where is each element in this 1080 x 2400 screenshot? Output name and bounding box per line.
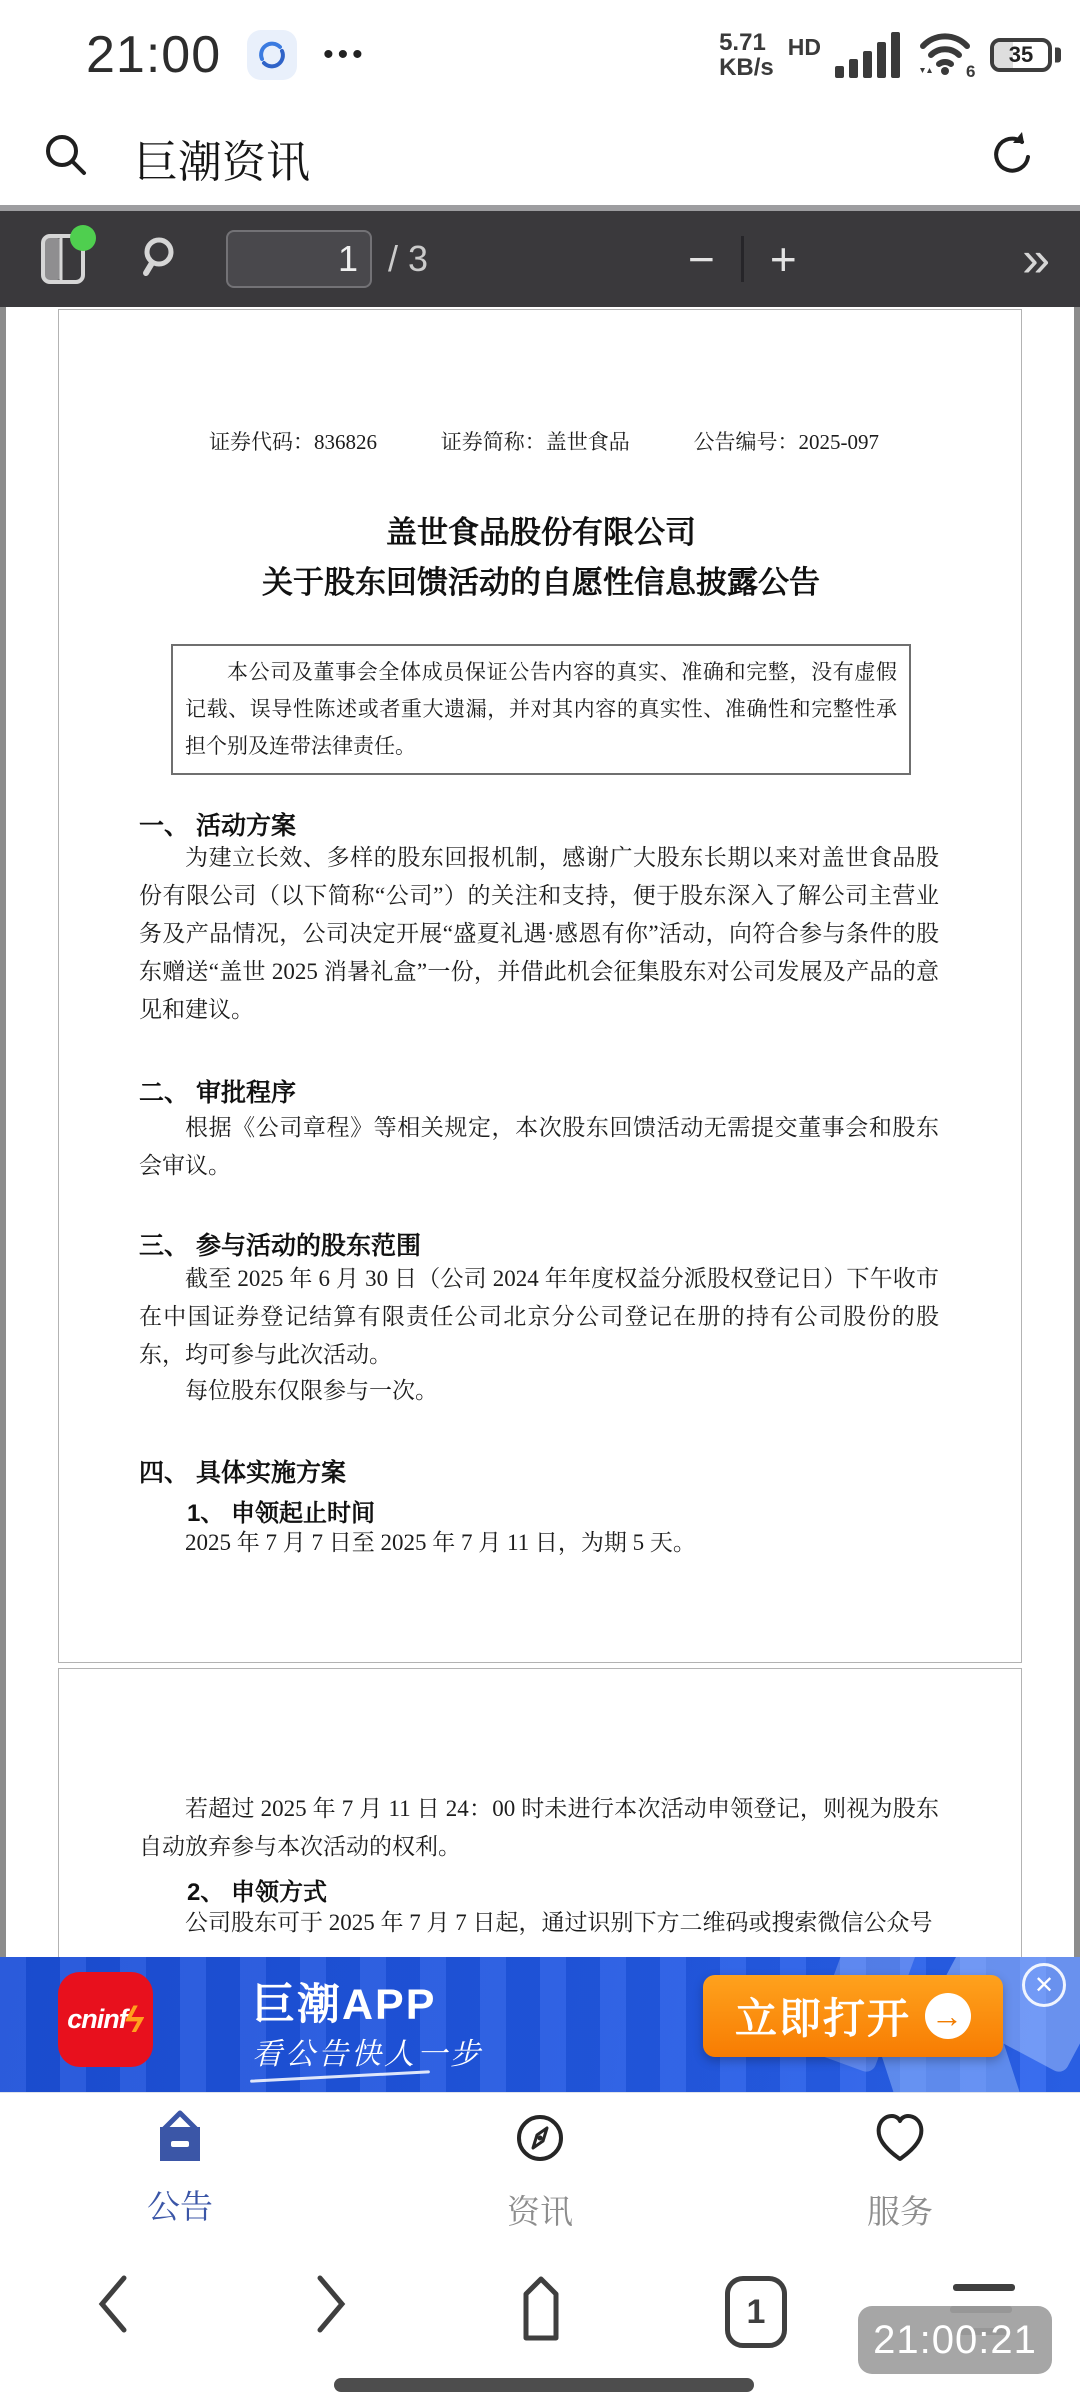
tab-services-label: 服务 (867, 2186, 933, 2233)
network-speed: 5.71 KB/s (719, 30, 774, 80)
section4-sub1-heading: 1、 申领起止时间 (139, 1493, 939, 1528)
cninfo-logo: cninf ϟ (58, 1972, 153, 2067)
pdf-toolbar: / 3 − + » (0, 205, 1080, 307)
status-bar: 21:00 ••• 5.71 KB/s HD (0, 0, 1080, 110)
signal-strength-icon (835, 32, 900, 78)
network-speed-unit: KB/s (719, 55, 774, 80)
cninfo-logo-swirl-icon: ϟ (125, 1999, 144, 2041)
network-speed-value: 5.71 (719, 30, 774, 55)
announcement-icon (151, 2109, 209, 2167)
announcement-no: 公告编号：2025-097 (694, 426, 880, 456)
compass-icon (511, 2109, 569, 2172)
app-promo-banner[interactable]: cninf ϟ 巨潮APP 看公告快人一步 立即打开 → ✕ (0, 1957, 1080, 2092)
sidebar-badge-dot (70, 225, 96, 251)
section4-heading: 四、 具体实施方案 (139, 1453, 939, 1489)
refresh-icon[interactable] (986, 128, 1040, 187)
page2-para1: 若超过 2025 年 7 月 11 日 24：00 时未进行本次活动申领登记，则… (139, 1790, 939, 1866)
phone-screen: 21:00 ••• 5.71 KB/s HD (0, 0, 1080, 2400)
disclaimer-box: 本公司及董事会全体成员保证公告内容的真实、准确和完整，没有虚假记载、误导性陈述或… (171, 644, 911, 775)
banner-close-icon[interactable]: ✕ (1022, 1963, 1066, 2007)
page2-para2: 公司股东可于 2025 年 7 月 7 日起，通过识别下方二维码或搜索微信公众号 (139, 1904, 939, 1942)
section3-heading: 三、 参与活动的股东范围 (139, 1226, 939, 1262)
browser-address-bar: 巨潮资讯 (0, 110, 1080, 205)
page-title[interactable]: 巨潮资讯 (134, 126, 986, 190)
home-icon[interactable] (512, 2272, 570, 2349)
section2-heading: 二、 审批程序 (139, 1073, 939, 1109)
app-bottom-nav: 公告 资讯 服务 (0, 2092, 1080, 2240)
open-app-button-label: 立即打开 (735, 1986, 911, 2046)
battery-level: 35 (1009, 42, 1033, 68)
status-time: 21:00 (86, 25, 221, 85)
promo-slogan: 看公告快人一步 (252, 2029, 483, 2073)
stock-code: 证券代码：836826 (209, 426, 377, 456)
section3-body2: 每位股东仅限参与一次。 (139, 1372, 939, 1410)
stock-name: 证券简称：盖世食品 (441, 426, 630, 456)
tab-news-label: 资讯 (507, 2186, 573, 2233)
tab-services[interactable]: 服务 (720, 2093, 1080, 2240)
section2-body: 根据《公司章程》等相关规定，本次股东回馈活动无需提交董事会和股东会审议。 (139, 1109, 939, 1185)
section1-heading: 一、 活动方案 (139, 806, 939, 842)
promo-app-name: 巨潮APP (252, 1971, 436, 2032)
cninfo-logo-text: cninf (67, 2004, 127, 2035)
company-title: 盖世食品股份有限公司 (59, 507, 1023, 552)
doc-header-row: 证券代码：836826 证券简称：盖世食品 公告编号：2025-097 (209, 426, 879, 456)
recent-tabs-button[interactable]: 1 (725, 2276, 787, 2348)
system-nav-bar: 1 21:00:21 (0, 2240, 1080, 2400)
pdf-page-1: 证券代码：836826 证券简称：盖世食品 公告编号：2025-097 盖世食品… (58, 309, 1022, 1663)
search-icon[interactable] (40, 129, 92, 186)
tab-news[interactable]: 资讯 (360, 2093, 720, 2240)
zoom-out-button[interactable]: − (688, 236, 715, 282)
section1-body: 为建立长效、多样的股东回报机制，感谢广大股东长期以来对盖世食品股份有限公司（以下… (139, 839, 939, 1029)
viewport-right-edge (1074, 307, 1080, 2092)
wifi-icon: 6 (914, 28, 976, 83)
section3-body1: 截至 2025 年 6 月 30 日（公司 2024 年年度权益分派股权登记日）… (139, 1260, 939, 1374)
forward-icon[interactable] (312, 2272, 352, 2341)
app-logo-icon (247, 30, 297, 80)
viewport-left-edge (0, 307, 6, 2092)
svg-text:6: 6 (966, 62, 975, 78)
pdf-viewport[interactable]: 证券代码：836826 证券简称：盖世食品 公告编号：2025-097 盖世食品… (0, 307, 1080, 2092)
doc-title: 关于股东回馈活动的自愿性信息披露公告 (59, 557, 1023, 602)
back-icon[interactable] (92, 2272, 132, 2341)
pdf-search-icon[interactable] (138, 233, 186, 286)
page2-sub2-heading: 2、 申领方式 (139, 1872, 939, 1907)
hd-indicator: HD (788, 34, 821, 61)
page-total-label: / 3 (388, 238, 428, 280)
heart-icon (871, 2109, 929, 2172)
section4-sub1-body: 2025 年 7 月 7 日至 2025 年 7 月 11 日，为期 5 天。 (139, 1524, 939, 1562)
tab-announcements[interactable]: 公告 (0, 2093, 360, 2240)
sidebar-toggle-icon[interactable] (40, 233, 86, 285)
arrow-circle-icon: → (925, 1993, 971, 2039)
more-tools-button[interactable]: » (1022, 234, 1050, 284)
page-number-input[interactable] (226, 230, 372, 288)
notification-dots-icon: ••• (323, 38, 367, 72)
home-indicator-bar[interactable] (334, 2378, 754, 2392)
time-toast: 21:00:21 (858, 2306, 1052, 2374)
toolbar-divider (741, 236, 744, 282)
tab-announcements-label: 公告 (147, 2181, 213, 2228)
open-app-button[interactable]: 立即打开 → (703, 1975, 1003, 2057)
zoom-in-button[interactable]: + (770, 236, 797, 282)
battery-icon: 35 (990, 38, 1052, 72)
